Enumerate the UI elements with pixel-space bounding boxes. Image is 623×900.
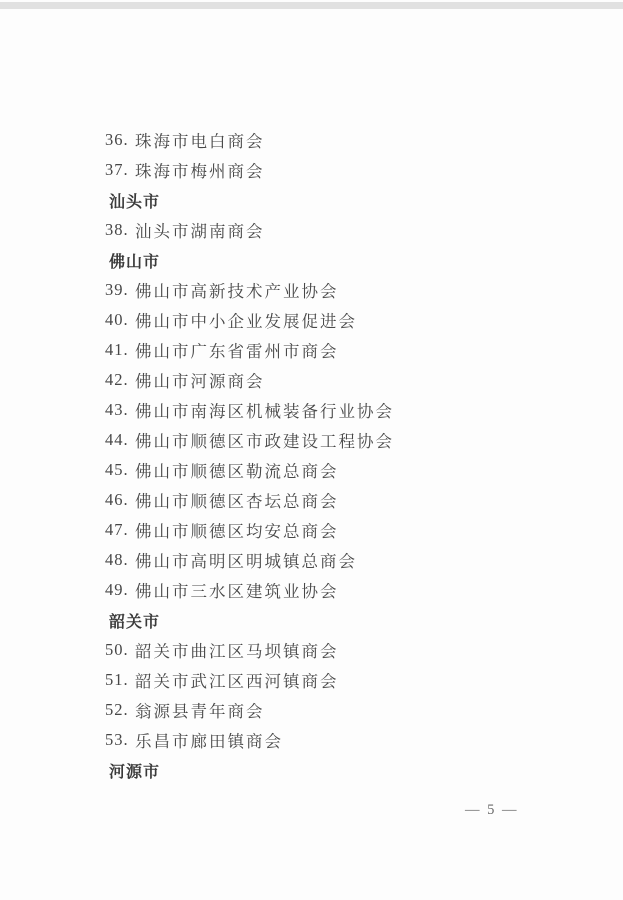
list-item-number: 44. bbox=[105, 430, 135, 450]
section-header: 汕头市 bbox=[0, 185, 623, 215]
page-number: — 5 — bbox=[465, 802, 519, 819]
list-item: 42.佛山市河源商会 bbox=[0, 365, 623, 395]
list-item-name: 佛山市顺德区勒流总商会 bbox=[135, 458, 339, 482]
org-list: 36.珠海市电白商会37.珠海市梅州商会汕头市38.汕头市湖南商会佛山市39.佛… bbox=[0, 125, 623, 785]
section-header: 韶关市 bbox=[0, 605, 623, 635]
list-item-number: 49. bbox=[105, 580, 135, 600]
list-item: 46.佛山市顺德区杏坛总商会 bbox=[0, 485, 623, 515]
list-item: 40.佛山市中小企业发展促进会 bbox=[0, 305, 623, 335]
list-item-name: 汕头市湖南商会 bbox=[135, 218, 265, 242]
list-item-name: 佛山市南海区机械装备行业协会 bbox=[135, 398, 394, 422]
list-item-name: 韶关市武江区西河镇商会 bbox=[135, 668, 339, 692]
list-item-number: 52. bbox=[105, 700, 135, 720]
list-item-number: 36. bbox=[105, 130, 135, 150]
list-item-name: 佛山市顺德区均安总商会 bbox=[135, 518, 339, 542]
list-item-number: 38. bbox=[105, 220, 135, 240]
list-item: 50.韶关市曲江区马坝镇商会 bbox=[0, 635, 623, 665]
list-item: 36.珠海市电白商会 bbox=[0, 125, 623, 155]
section-header-label: 河源市 bbox=[109, 759, 160, 782]
list-item: 45.佛山市顺德区勒流总商会 bbox=[0, 455, 623, 485]
list-item-name: 佛山市广东省雷州市商会 bbox=[135, 338, 339, 362]
section-header-label: 汕头市 bbox=[109, 189, 160, 212]
section-header-label: 佛山市 bbox=[109, 249, 160, 272]
list-item: 44.佛山市顺德区市政建设工程协会 bbox=[0, 425, 623, 455]
list-item-name: 佛山市河源商会 bbox=[135, 368, 265, 392]
list-item: 51.韶关市武江区西河镇商会 bbox=[0, 665, 623, 695]
list-item-name: 珠海市梅州商会 bbox=[135, 158, 265, 182]
list-item-name: 珠海市电白商会 bbox=[135, 128, 265, 152]
list-item-number: 50. bbox=[105, 640, 135, 660]
list-item-name: 佛山市高新技术产业协会 bbox=[135, 278, 339, 302]
list-item: 52.翁源县青年商会 bbox=[0, 695, 623, 725]
list-item: 39.佛山市高新技术产业协会 bbox=[0, 275, 623, 305]
list-item: 37.珠海市梅州商会 bbox=[0, 155, 623, 185]
list-item-name: 佛山市高明区明城镇总商会 bbox=[135, 548, 357, 572]
window-top-edge bbox=[0, 2, 623, 9]
section-header: 河源市 bbox=[0, 755, 623, 785]
list-item: 38.汕头市湖南商会 bbox=[0, 215, 623, 245]
list-item: 48.佛山市高明区明城镇总商会 bbox=[0, 545, 623, 575]
list-item-name: 佛山市三水区建筑业协会 bbox=[135, 578, 339, 602]
section-header-label: 韶关市 bbox=[109, 609, 160, 632]
list-item-name: 佛山市顺德区杏坛总商会 bbox=[135, 488, 339, 512]
list-item-number: 45. bbox=[105, 460, 135, 480]
list-item: 49.佛山市三水区建筑业协会 bbox=[0, 575, 623, 605]
list-item-number: 46. bbox=[105, 490, 135, 510]
list-item-number: 41. bbox=[105, 340, 135, 360]
list-item-number: 39. bbox=[105, 280, 135, 300]
list-item-number: 43. bbox=[105, 400, 135, 420]
list-item-number: 37. bbox=[105, 160, 135, 180]
list-item-name: 翁源县青年商会 bbox=[135, 698, 265, 722]
list-item-number: 53. bbox=[105, 730, 135, 750]
list-item-name: 韶关市曲江区马坝镇商会 bbox=[135, 638, 339, 662]
document-page: 36.珠海市电白商会37.珠海市梅州商会汕头市38.汕头市湖南商会佛山市39.佛… bbox=[0, 0, 623, 900]
list-item-name: 乐昌市廊田镇商会 bbox=[135, 728, 283, 752]
list-item-number: 47. bbox=[105, 520, 135, 540]
list-item: 43.佛山市南海区机械装备行业协会 bbox=[0, 395, 623, 425]
list-item-number: 40. bbox=[105, 310, 135, 330]
list-item-number: 51. bbox=[105, 670, 135, 690]
list-item-number: 42. bbox=[105, 370, 135, 390]
list-item: 41.佛山市广东省雷州市商会 bbox=[0, 335, 623, 365]
list-item: 47.佛山市顺德区均安总商会 bbox=[0, 515, 623, 545]
list-item: 53.乐昌市廊田镇商会 bbox=[0, 725, 623, 755]
list-item-name: 佛山市中小企业发展促进会 bbox=[135, 308, 357, 332]
list-item-number: 48. bbox=[105, 550, 135, 570]
list-item-name: 佛山市顺德区市政建设工程协会 bbox=[135, 428, 394, 452]
section-header: 佛山市 bbox=[0, 245, 623, 275]
